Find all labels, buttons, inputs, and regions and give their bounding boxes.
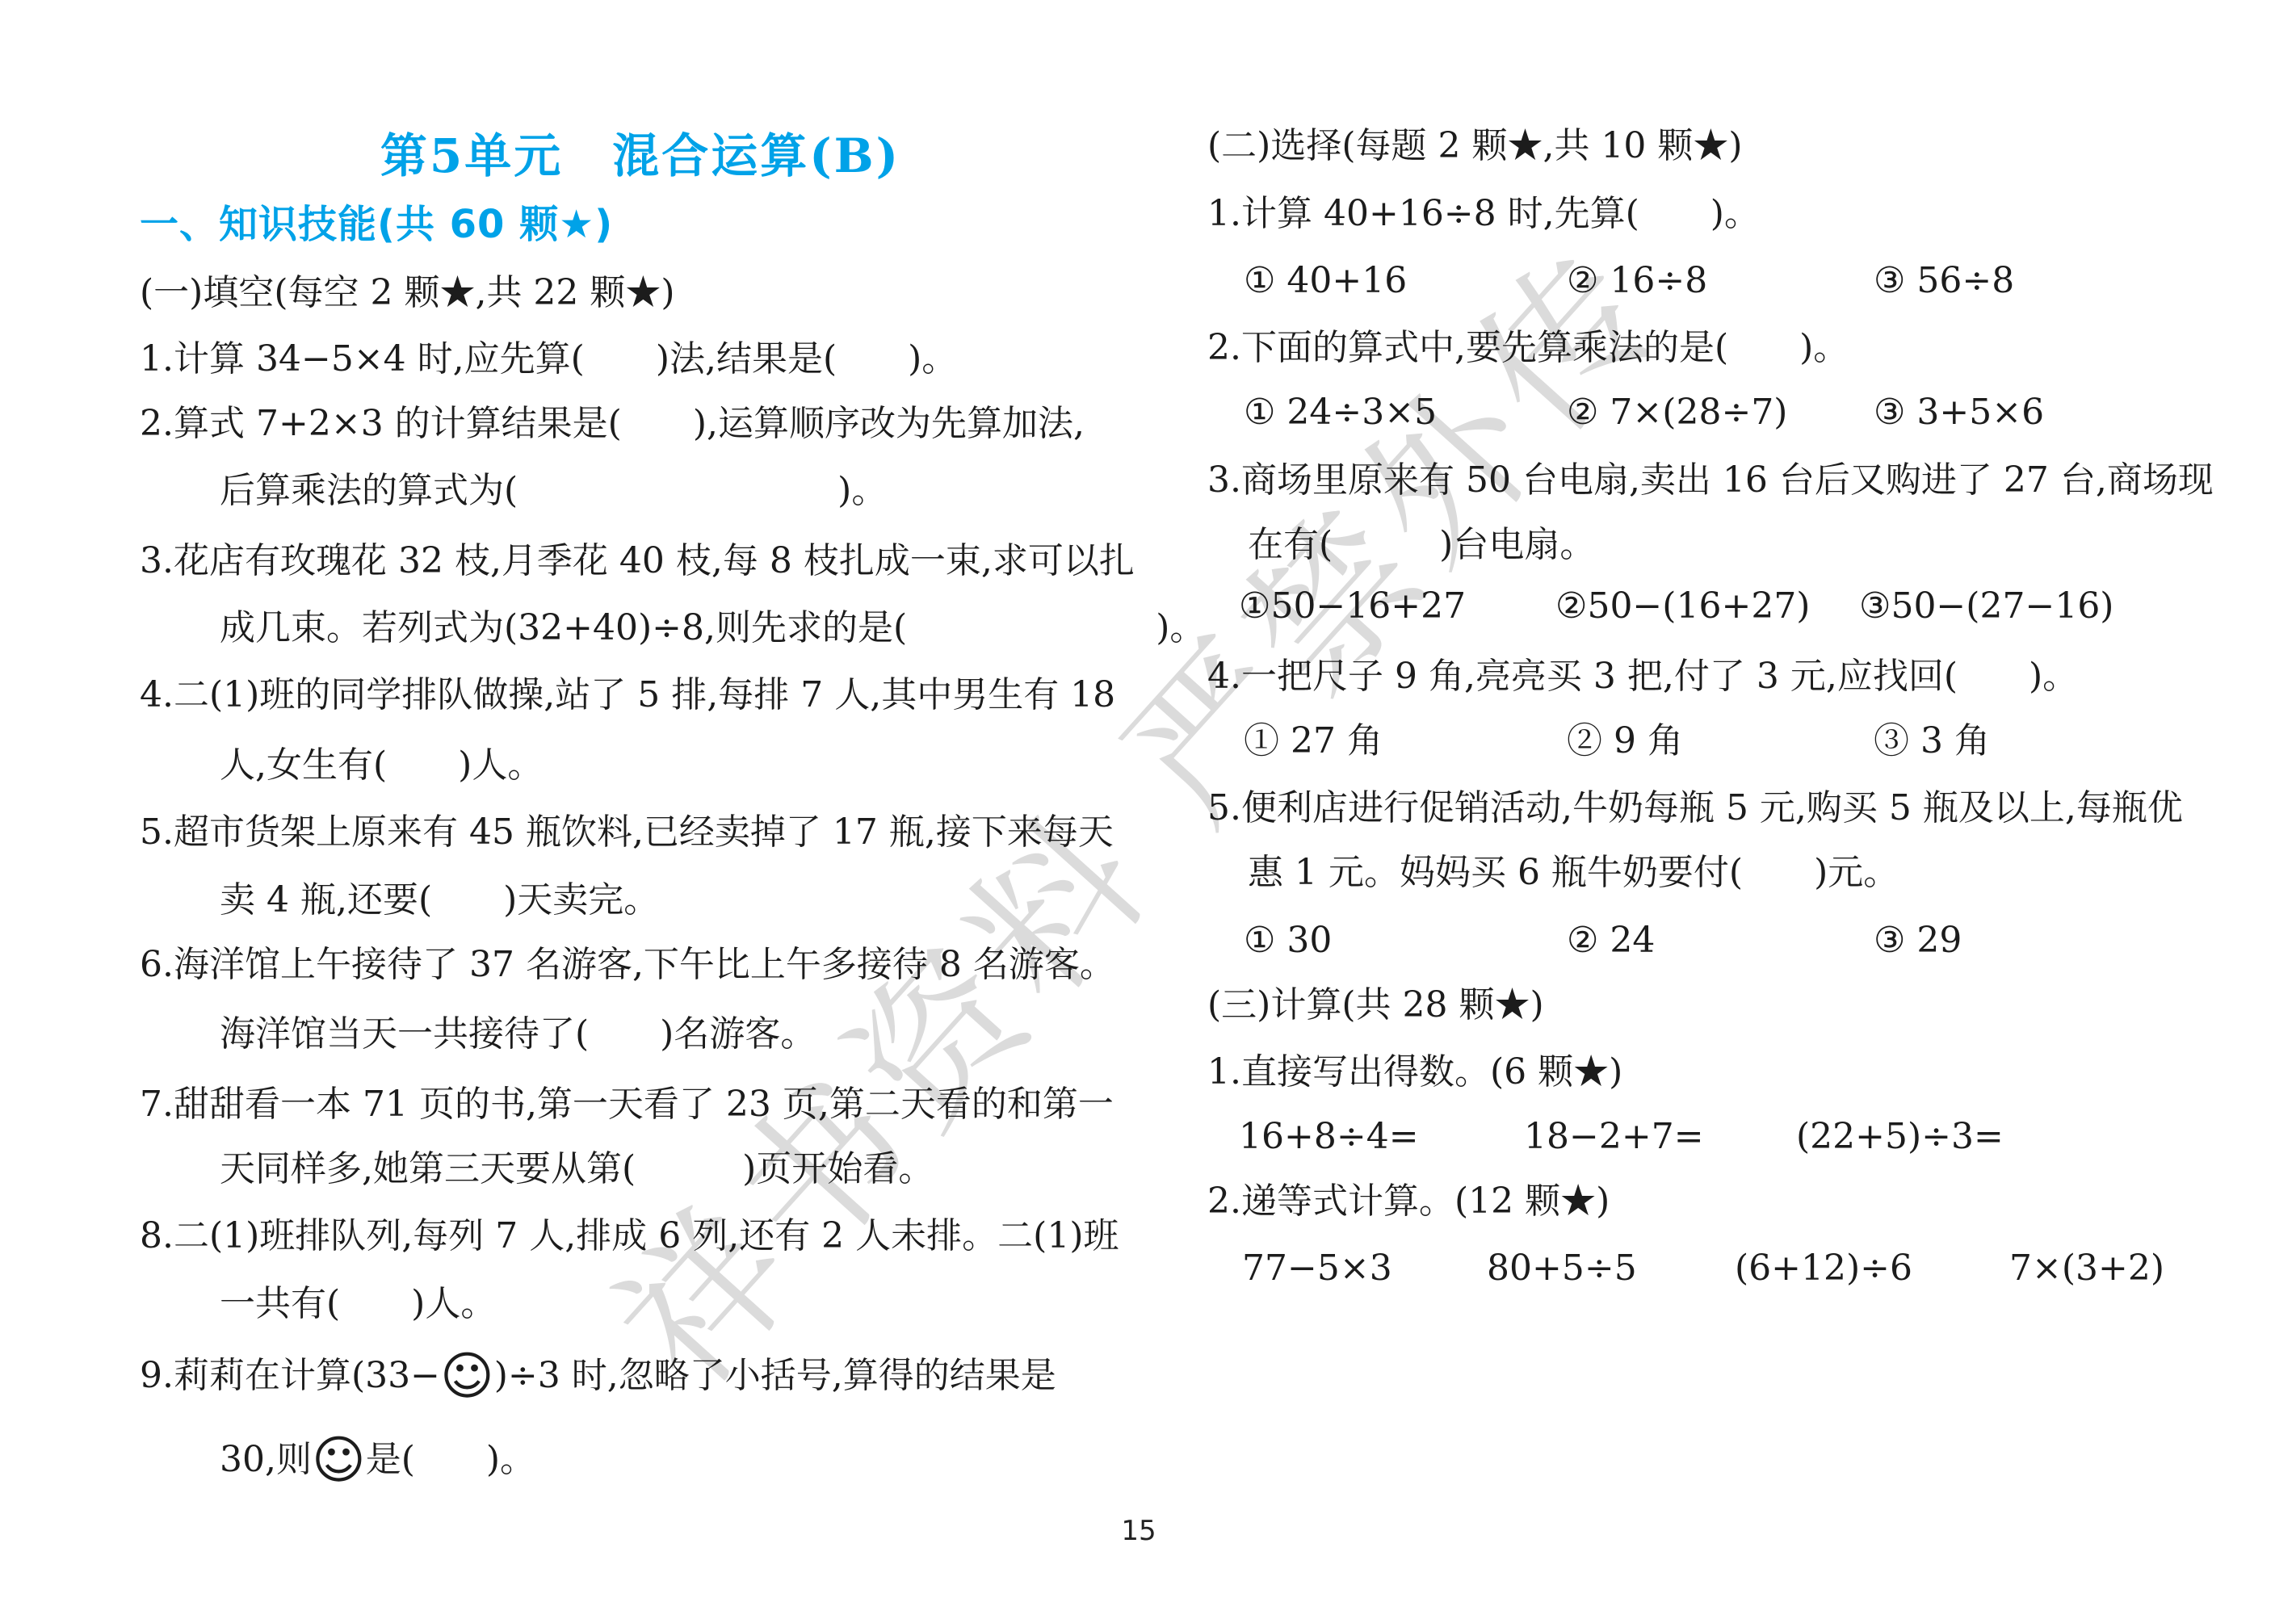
calc-stepwise-item-1: 77−5×3	[1242, 1248, 1487, 1290]
fill-q9-line2-text-a: 30,则	[220, 1439, 312, 1480]
choice-q5-line2: 惠 1 元。妈妈买 6 瓶牛奶要付( )元。	[1248, 852, 1899, 895]
fill-q2-line1: 2.算式 7+2×3 的计算结果是( ),运算顺序改为先算加法,	[140, 403, 1085, 446]
fill-q9-line1-text-b: )÷3 时,忽略了小括号,算得的结果是	[494, 1355, 1056, 1396]
choice-q2-option-3: ③ 3+5×6	[1874, 392, 2044, 434]
subsection-calculation-header: (三)计算(共 28 颗★)	[1207, 984, 1544, 1027]
fill-q6-line1: 6.海洋馆上午接待了 37 名游客,下午比上午多接待 8 名游客。	[140, 944, 1115, 987]
fill-q4-line1: 4.二(1)班的同学排队做操,站了 5 排,每排 7 人,其中男生有 18	[140, 674, 1115, 717]
fill-q1: 1.计算 34−5×4 时,应先算( )法,结果是( )。	[140, 338, 957, 381]
calc-direct-item-2: 18−2+7=	[1524, 1116, 1796, 1159]
choice-q3-line2: 在有( )台电扇。	[1248, 524, 1595, 567]
calc-stepwise-item-4: 7×(3+2)	[2009, 1248, 2164, 1290]
smiley-icon: ☺	[440, 1359, 494, 1394]
choice-q5-options: ① 30② 24③ 29	[1244, 920, 1962, 962]
page-title: 第5单元 混合运算(B)	[140, 118, 1141, 186]
calc-direct-items: 16+8÷4=18−2+7=(22+5)÷3=	[1239, 1116, 2004, 1159]
fill-q6-line2: 海洋馆当天一共接待了( )名游客。	[220, 1013, 816, 1056]
choice-q5-line1: 5.便利店进行促销活动,牛奶每瓶 5 元,购买 5 瓶及以上,每瓶优	[1207, 787, 2183, 830]
choice-q1-option-3: ③ 56÷8	[1874, 260, 2014, 303]
choice-q3-option-3: ③50−(27−16)	[1859, 585, 2113, 628]
fill-q5-line1: 5.超市货架上原来有 45 瓶饮料,已经卖掉了 17 瓶,接下来每天	[140, 811, 1114, 854]
calc-direct-item-3: (22+5)÷3=	[1796, 1116, 2004, 1159]
fill-q8-line1: 8.二(1)班排队列,每列 7 人,排成 6 列,还有 2 人未排。二(1)班	[140, 1215, 1119, 1258]
fill-q9-line2-text-b: 是( )。	[366, 1439, 535, 1480]
choice-q4-option-1: ① 27 角	[1244, 720, 1567, 763]
choice-q1-option-1: ① 40+16	[1244, 260, 1567, 303]
fill-q7-line2: 天同样多,她第三天要从第( )页开始看。	[220, 1148, 934, 1191]
choice-q2-option-2: ② 7×(28÷7)	[1567, 392, 1874, 434]
choice-q1-options: ① 40+16② 16÷8③ 56÷8	[1244, 260, 2014, 303]
calc-stepwise-item-3: (6+12)÷6	[1735, 1248, 2009, 1290]
worksheet-page: 祥书资料 严禁外传 第5单元 混合运算(B) 一、知识技能(共 60 颗★) (…	[0, 0, 2296, 1623]
choice-q2: 2.下面的算式中,要先算乘法的是( )。	[1207, 327, 1849, 370]
choice-q1-option-2: ② 16÷8	[1567, 260, 1874, 303]
choice-q4: 4.一把尺子 9 角,亮亮买 3 把,付了 3 元,应找回( )。	[1207, 656, 2078, 698]
choice-q5-option-3: ③ 29	[1874, 920, 1962, 962]
choice-q5-option-1: ① 30	[1244, 920, 1567, 962]
choice-q3-option-1: ①50−16+27	[1239, 585, 1555, 628]
fill-q9-line2: 30,则☺是( )。	[220, 1439, 535, 1482]
smiley-icon: ☺	[312, 1443, 366, 1478]
choice-q1: 1.计算 40+16÷8 时,先算( )。	[1207, 193, 1760, 236]
calc-stepwise-item-2: 80+5÷5	[1487, 1248, 1735, 1290]
fill-q8-line2: 一共有( )人。	[220, 1283, 496, 1326]
fill-q7-line1: 7.甜甜看一本 71 页的书,第一天看了 23 页,第二天看的和第一	[140, 1084, 1114, 1126]
choice-q2-option-1: ① 24÷3×5	[1244, 392, 1567, 434]
subsection-choice-header: (二)选择(每题 2 颗★,共 10 颗★)	[1207, 125, 1743, 168]
fill-q9-line1-text-a: 9.莉莉在计算(33−	[140, 1355, 440, 1396]
choice-q2-options: ① 24÷3×5② 7×(28÷7)③ 3+5×6	[1244, 392, 2044, 434]
page-number: 15	[1074, 1515, 1203, 1547]
calc-stepwise-label: 2.递等式计算。(12 颗★)	[1207, 1181, 1610, 1223]
choice-q4-option-2: ② 9 角	[1567, 720, 1874, 763]
section-knowledge-skills-header: 一、知识技能(共 60 颗★)	[140, 202, 613, 249]
calc-direct-item-1: 16+8÷4=	[1239, 1116, 1524, 1159]
choice-q5-option-2: ② 24	[1567, 920, 1874, 962]
choice-q3-options: ①50−16+27②50−(16+27)③50−(27−16)	[1239, 585, 2113, 628]
calc-stepwise-items: 77−5×380+5÷5(6+12)÷67×(3+2)	[1242, 1248, 2164, 1290]
fill-q9-line1: 9.莉莉在计算(33−☺)÷3 时,忽略了小括号,算得的结果是	[140, 1355, 1056, 1398]
fill-q5-line2: 卖 4 瓶,还要( )天卖完。	[220, 879, 659, 922]
choice-q4-option-3: ③ 3 角	[1874, 720, 1990, 763]
choice-q4-options: ① 27 角② 9 角③ 3 角	[1244, 720, 1990, 763]
fill-q2-line2: 后算乘法的算式为( )。	[220, 470, 887, 513]
subsection-fill-blanks-header: (一)填空(每空 2 颗★,共 22 颗★)	[140, 272, 675, 315]
fill-q3-line2: 成几束。若列式为(32+40)÷8,则先求的是( )。	[220, 607, 1205, 650]
fill-q3-line1: 3.花店有玫瑰花 32 枝,月季花 40 枝,每 8 枝扎成一束,求可以扎	[140, 540, 1135, 583]
calc-direct-label: 1.直接写出得数。(6 颗★)	[1207, 1051, 1622, 1094]
fill-q4-line2: 人,女生有( )人。	[220, 744, 543, 787]
choice-q3-option-2: ②50−(16+27)	[1555, 585, 1859, 628]
choice-q3-line1: 3.商场里原来有 50 台电扇,卖出 16 台后又购进了 27 台,商场现	[1207, 459, 2214, 502]
